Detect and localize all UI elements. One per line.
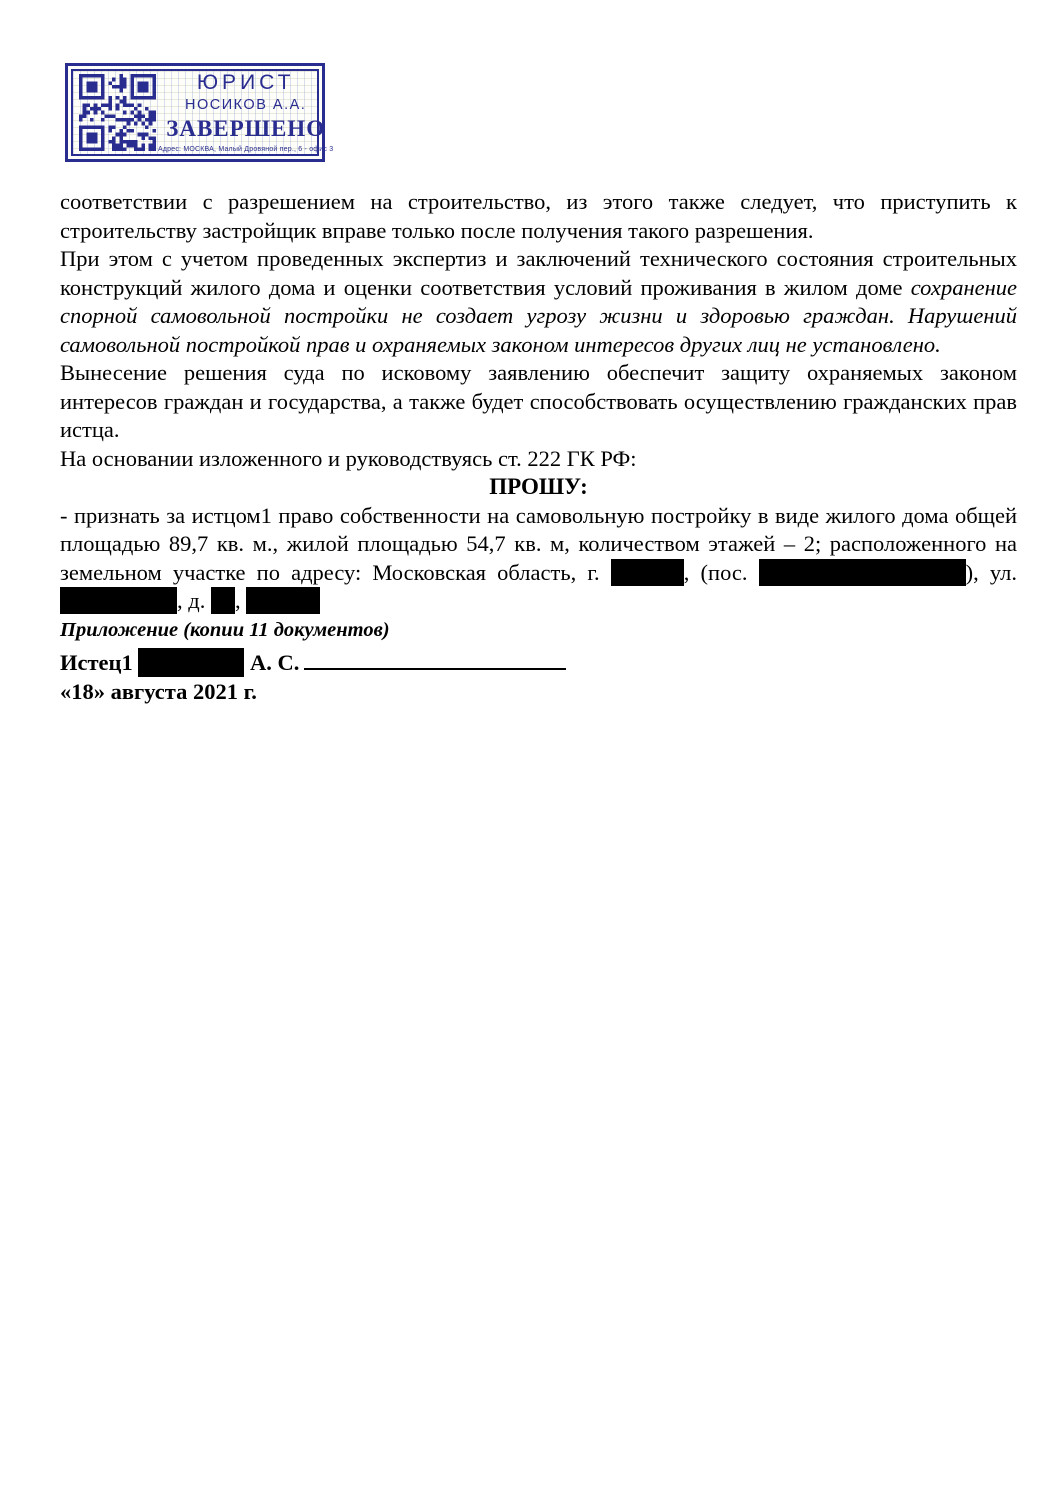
redacted-city-name bbox=[611, 559, 684, 586]
request-text-2: , (пос. bbox=[684, 560, 759, 585]
redacted-settlement-name bbox=[759, 559, 966, 586]
lawyer-stamp: ЮРИСТ НОСИКОВ А.А. ЗАВЕРШЕНО Адрес: МОСК… bbox=[65, 63, 325, 162]
paragraph-court-decision: Вынесение решения суда по исковому заявл… bbox=[60, 359, 1017, 445]
request-text-3: ), ул. bbox=[966, 560, 1017, 585]
request-heading: ПРОШУ: bbox=[60, 473, 1017, 502]
plaintiff-initials: А. С. bbox=[244, 650, 299, 675]
document-page: ЮРИСТ НОСИКОВ А.А. ЗАВЕРШЕНО Адрес: МОСК… bbox=[0, 0, 1061, 1500]
attachment-note: Приложение (копии 11 документов) bbox=[60, 616, 1017, 645]
stamp-status: ЗАВЕРШЕНО bbox=[158, 117, 333, 141]
redacted-house-number bbox=[211, 587, 235, 614]
plaintiff-signature-line: Истец1 А. С. bbox=[60, 644, 1017, 678]
stamp-text-block: ЮРИСТ НОСИКОВ А.А. ЗАВЕРШЕНО Адрес: МОСК… bbox=[156, 72, 333, 153]
paragraph-request: - признать за истцом1 право собственност… bbox=[60, 502, 1017, 616]
paragraph-legal-basis: На основании изложенного и руководствуяс… bbox=[60, 445, 1017, 474]
document-date: «18» августа 2021 г. bbox=[60, 678, 1017, 707]
paragraph-expertise: При этом с учетом проведенных экспертиз … bbox=[60, 245, 1017, 359]
request-text-5: , bbox=[235, 588, 246, 613]
lawyer-stamp-inner: ЮРИСТ НОСИКОВ А.А. ЗАВЕРШЕНО Адрес: МОСК… bbox=[71, 69, 319, 156]
redacted-address-extra bbox=[246, 587, 320, 614]
stamp-address: Адрес: МОСКВА, Малый Дровяной пер., 6 - … bbox=[158, 146, 333, 153]
redacted-plaintiff-surname bbox=[138, 648, 244, 677]
paragraph-expertise-normal: При этом с учетом проведенных экспертиз … bbox=[60, 246, 1017, 300]
signature-blank-line bbox=[304, 644, 566, 670]
request-text-4: , д. bbox=[177, 588, 211, 613]
stamp-lawyer-name: НОСИКОВ А.А. bbox=[158, 98, 333, 113]
redacted-street-name bbox=[60, 587, 177, 614]
document-body: соответствии с разрешением на строительс… bbox=[60, 188, 1017, 706]
plaintiff-label: Истец1 bbox=[60, 650, 138, 675]
qr-code-icon bbox=[79, 74, 156, 151]
stamp-title: ЮРИСТ bbox=[158, 72, 333, 94]
paragraph-permit: соответствии с разрешением на строительс… bbox=[60, 188, 1017, 245]
